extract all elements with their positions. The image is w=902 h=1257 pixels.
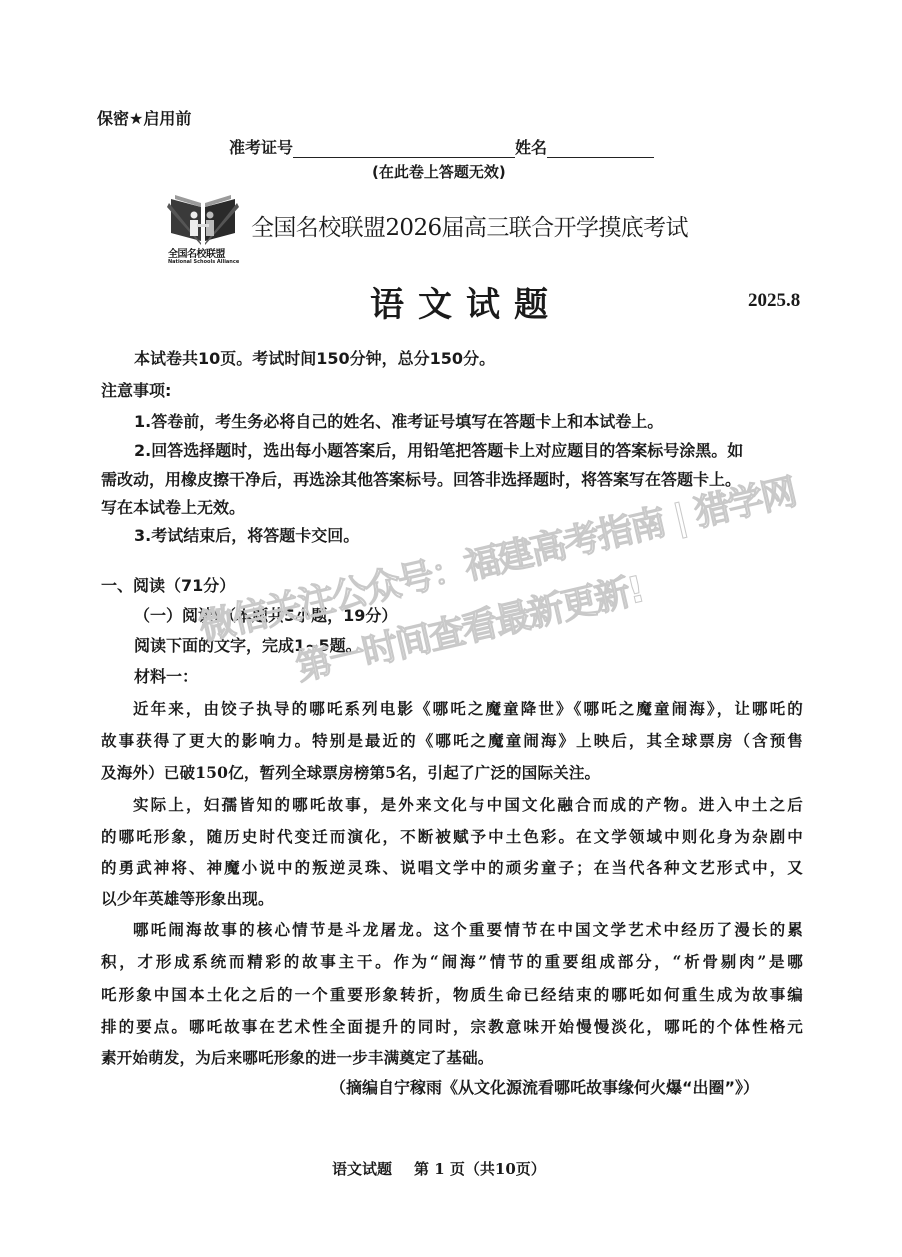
invalid-answer-note: (在此卷上答题无效) xyxy=(372,161,506,182)
passage-line: 近年来，由饺子执导的哪吒系列电影《哪吒之魔童降世》《哪吒之魔童闹海》，让哪吒的 xyxy=(101,697,803,719)
notice-item: 1.答卷前，考生务必将自己的姓名、准考证号填写在答题卡上和本试卷上。 xyxy=(101,409,836,432)
exam-id-blank xyxy=(293,139,515,158)
candidate-info-row: 准考证号 姓名 xyxy=(229,135,654,158)
notice-item: 3.考试结束后，将答题卡交回。 xyxy=(101,523,836,546)
section-heading: 一、阅读（71分） xyxy=(101,573,803,596)
passage-line: 排的要点。哪吒故事在艺术性全面提升的同时，宗教意味开始慢慢淡化，哪吒的个体性格元 xyxy=(101,1015,803,1037)
exam-title: 全国名校联盟2026届高三联合开学摸底考试 xyxy=(251,209,688,242)
exam-id-label: 准考证号 xyxy=(229,135,293,158)
passage-line: 实际上，妇孺皆知的哪吒故事，是外来文化与中国文化融合而成的产物。进入中土之后 xyxy=(101,793,803,815)
passage-line: 吒形象中国本土化之后的一个重要形象转折，物质生命已经结束的哪吒如何重生成为故事编 xyxy=(101,983,803,1005)
logo-en-name: National Schools Alliance xyxy=(168,259,239,265)
page-footer: 语文试题第 1 页（共10页） xyxy=(332,1158,546,1179)
passage-line: 素开始萌发，为后来哪吒形象的进一步丰满奠定了基础。 xyxy=(101,1046,803,1068)
name-label: 姓名 xyxy=(515,135,547,158)
notice-item: 写在本试卷上无效。 xyxy=(101,495,803,518)
reading-instruction: 阅读下面的文字，完成1~5题。 xyxy=(101,633,836,656)
passage-line: 积，才形成系统而精彩的故事主干。作为“闹海”情节的重要组成部分，“析骨剔肉”是哪 xyxy=(101,950,803,972)
notice-item: 需改动，用橡皮擦干净后，再选涂其他答案标号。回答非选择题时，将答案写在答题卡上。 xyxy=(101,467,803,490)
passage-line: 故事获得了更大的影响力。特别是最近的《哪吒之魔童闹海》上映后，其全球票房（含预售 xyxy=(101,729,803,751)
passage-citation: （摘编自宁稼雨《从文化源流看哪吒故事缘何火爆“出圈”》） xyxy=(330,1075,759,1098)
logo-cn-name: 全国名校联盟 xyxy=(168,245,225,260)
name-blank xyxy=(547,139,654,158)
passage-line: 哪吒闹海故事的核心情节是斗龙屠龙。这个重要情节在中国文学艺术中经历了漫长的累 xyxy=(101,918,803,940)
page-number: 第 1 页（共10页） xyxy=(414,1160,546,1178)
exam-date: 2025.8 xyxy=(748,290,800,312)
subject-title: 语文试题 xyxy=(370,277,562,326)
material-label: 材料一： xyxy=(101,664,836,687)
passage-line: 以少年英雄等形象出现。 xyxy=(101,887,803,909)
alliance-logo: 全国名校联盟 National Schools Alliance xyxy=(165,193,241,267)
subsection-heading: （一）阅读Ⅰ（本题共5小题，19分） xyxy=(101,603,836,626)
passage-line: 的哪吒形象，随历史时代变迁而演化，不断被赋予中土色彩。在文学领域中则化身为杂剧中 xyxy=(101,825,803,847)
confidential-label: 保密★启用前 xyxy=(97,106,191,129)
exam-summary: 本试卷共10页。考试时间150分钟，总分150分。 xyxy=(101,346,836,369)
notice-heading: 注意事项: xyxy=(101,378,803,401)
open-book-with-two-people-icon xyxy=(165,193,241,245)
footer-subject: 语文试题 xyxy=(332,1160,392,1178)
passage-line: 的勇武神将、神魔小说中的叛逆灵珠、说唱文学中的顽劣童子；在当代各种文艺形式中，又 xyxy=(101,856,803,878)
notice-item: 2.回答选择题时，选出每小题答案后，用铅笔把答题卡上对应题目的答案标号涂黑。如 xyxy=(101,438,836,461)
passage-line: 及海外）已破150亿，暂列全球票房榜第5名，引起了广泛的国际关注。 xyxy=(101,761,803,783)
